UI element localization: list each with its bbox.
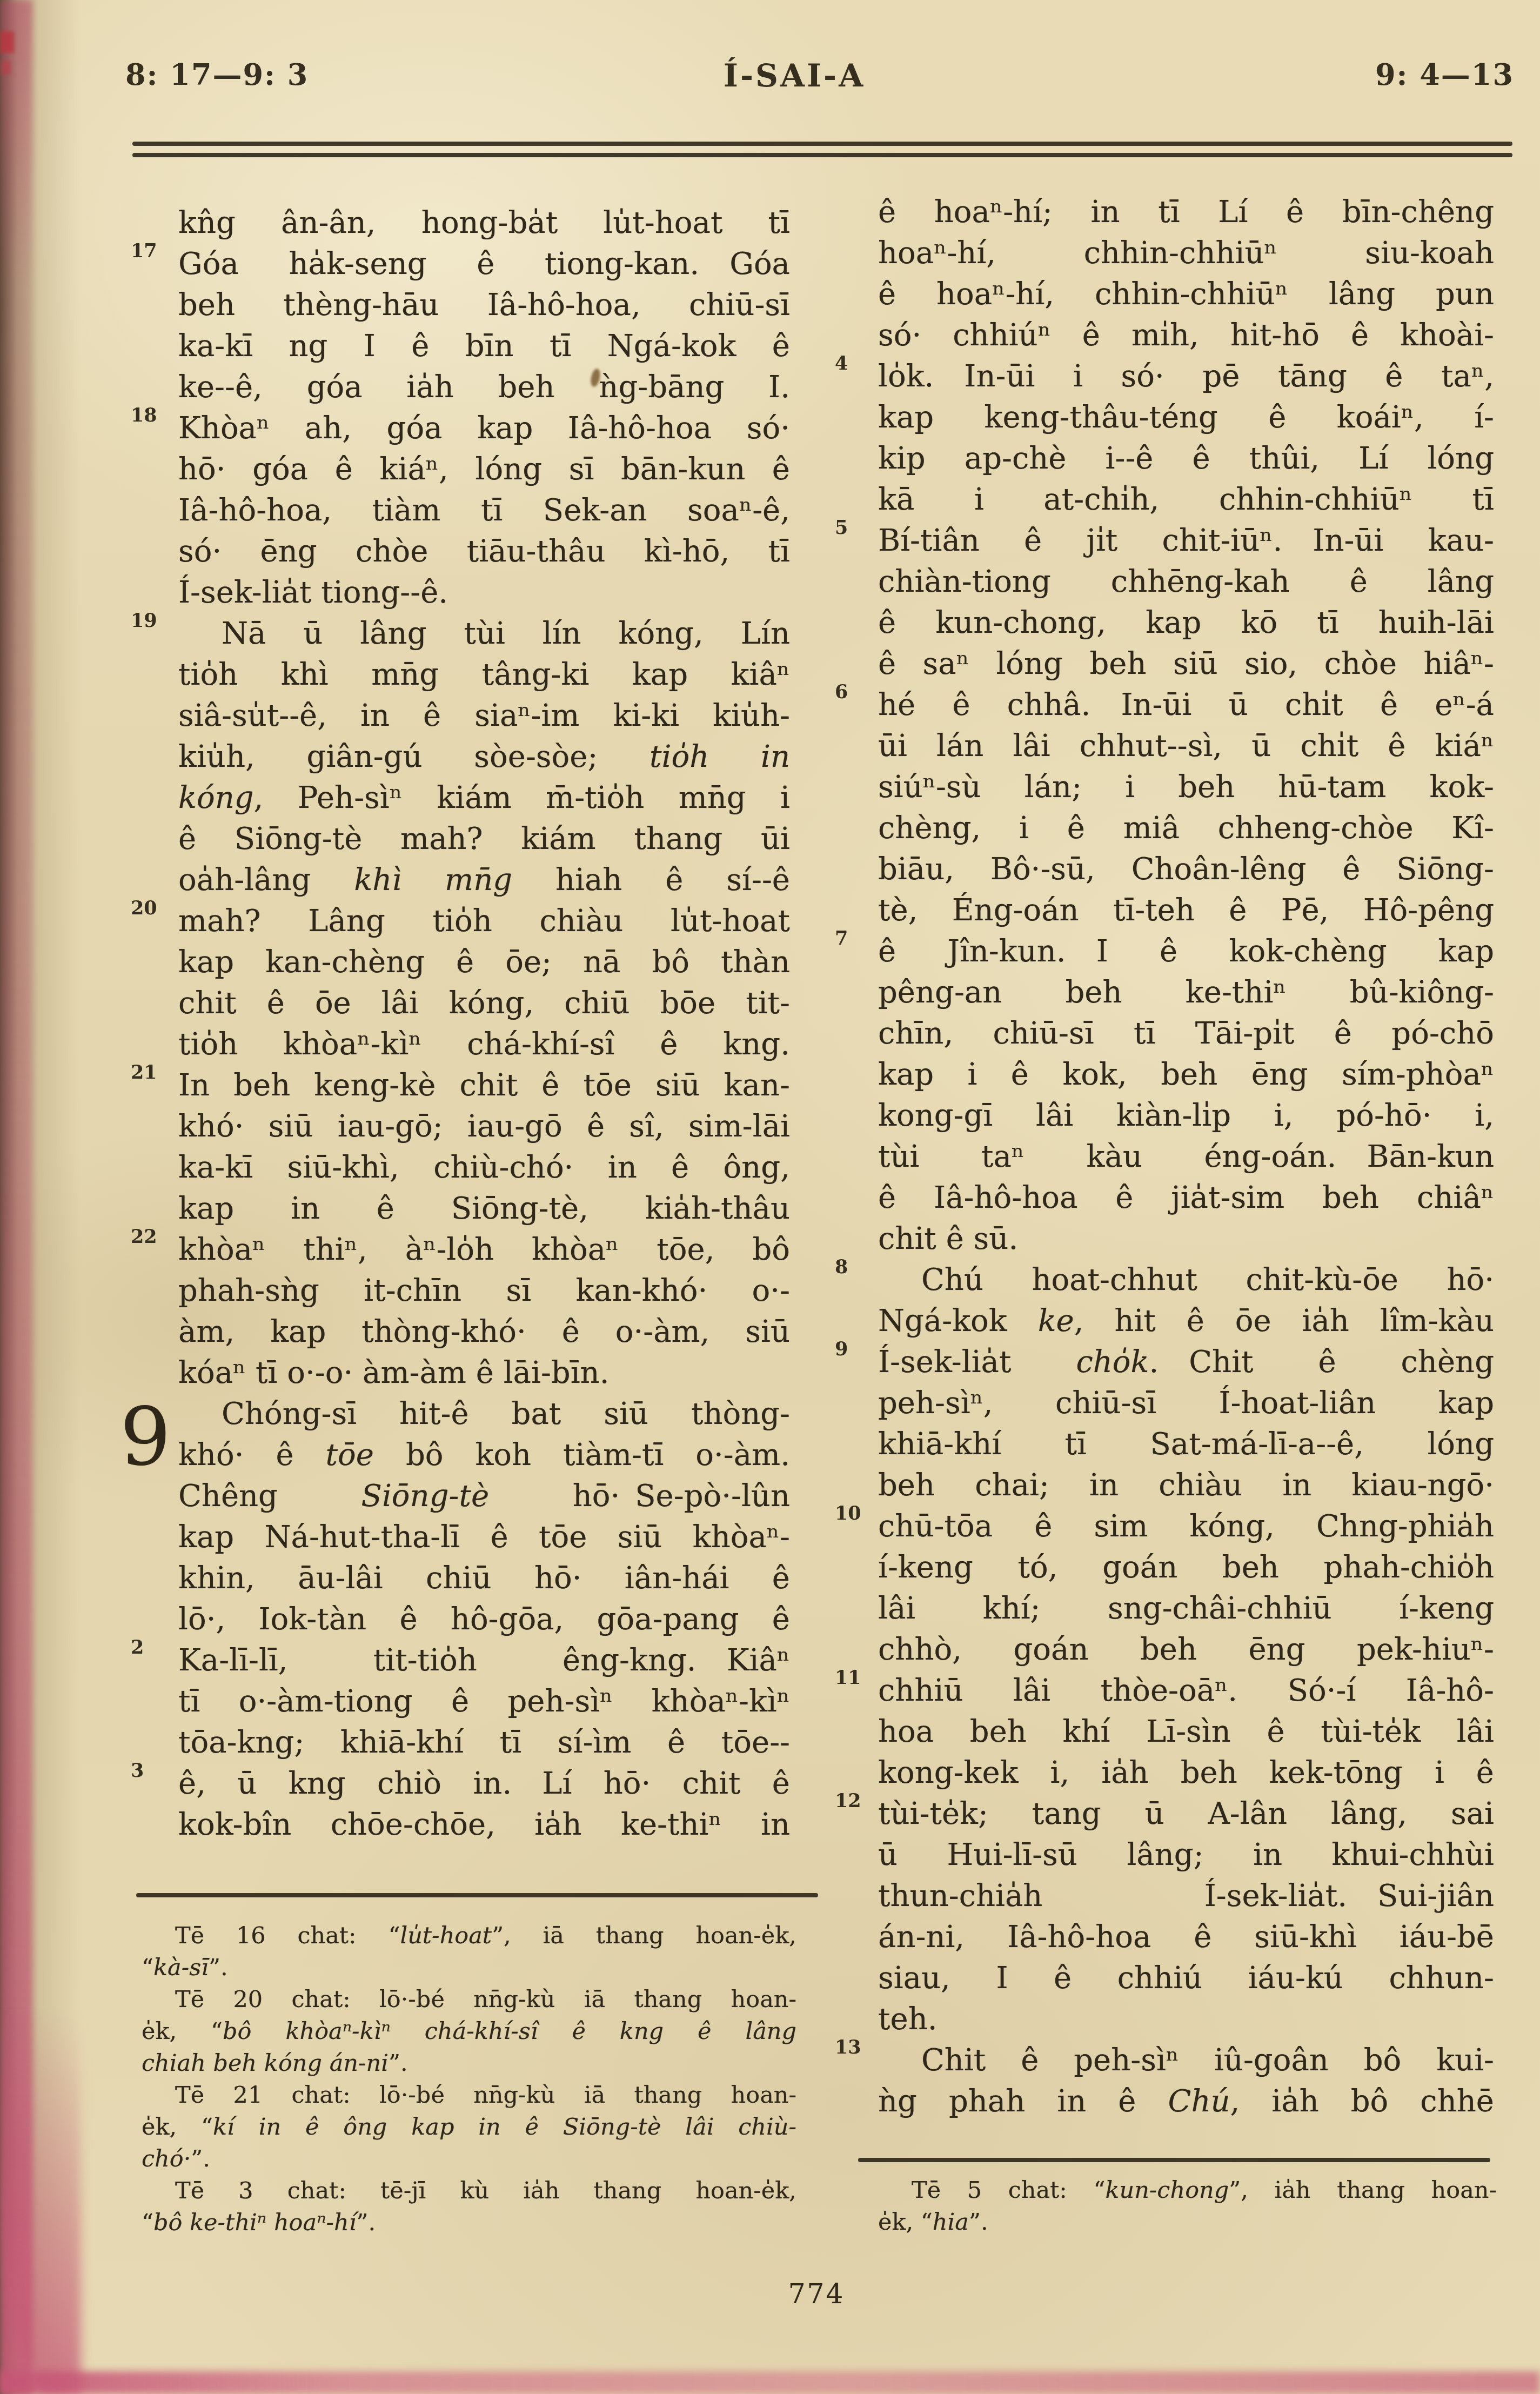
text-line: khó· ê tōe bô koh tiàm-tī o·-àm. <box>178 1435 790 1476</box>
line-text: chiah beh kóng án-ni”. <box>142 2050 408 2077</box>
line-text: ê saⁿ lóng beh siū sio, chòe hiâⁿ- <box>878 646 1494 681</box>
text-line: tōa-kng; khiā-khí tī sí-ìm ê tōe-- <box>178 1722 790 1763</box>
line-text: khó· ê tōe bô koh tiàm-tī o·-àm. <box>178 1437 790 1473</box>
line-text: hō· góa ê kiáⁿ, lóng sī bān-kun ê <box>178 452 790 487</box>
line-text: “bô ke-thiⁿ hoaⁿ-hí”. <box>142 2209 376 2236</box>
line-text: ê Siōng-tè mah? kiám thang ūi <box>178 821 790 857</box>
line-text: hoaⁿ-hí, chhin-chhiūⁿ siu-koah <box>878 236 1494 271</box>
verse-number: 6 <box>835 683 868 701</box>
footnote-line: Tē 3 chat: tē-jī kù ia̍h thang hoan-e̍k, <box>142 2175 796 2207</box>
text-line: kip ap-chè i--ê ê thûi, Lí lóng <box>878 438 1494 479</box>
line-text: ke--ê, góa ia̍h beh ǹg-bāng I. <box>178 370 790 405</box>
line-text: mah? Lâng tio̍h chiàu lu̍t-hoat <box>178 904 790 939</box>
text-line: 17Góa ha̍k-seng ê tiong-kan. Góa <box>178 244 790 285</box>
text-line: kap in ê Siōng-tè, kia̍h-thâu <box>178 1188 790 1229</box>
footnote-line: “bô ke-thiⁿ hoaⁿ-hí”. <box>142 2207 796 2239</box>
verse-number: 11 <box>835 1668 868 1687</box>
text-line: ūi lán lâi chhut--sì, ū chi̍t ê kiáⁿ <box>878 726 1494 767</box>
footnote-line: e̍k, “hia”. <box>878 2206 1497 2238</box>
line-text: Nā ū lâng tùi lín kóng, Lín <box>222 616 790 651</box>
line-text: Chóng-sī hit-ê bat siū thòng- <box>222 1396 790 1432</box>
line-text: chèng, i ê miâ chheng-chòe Kî- <box>878 811 1494 846</box>
line-text: Tē 5 chat: “kun-chong”, ia̍h thang hoan- <box>912 2177 1497 2204</box>
line-text: chhiū lâi thòe-oāⁿ. Só·-í Iâ-hô- <box>878 1673 1494 1708</box>
line-text: àm, kap thòng-khó· ê o·-àm, siū <box>178 1314 790 1349</box>
text-line: ê Siōng-tè mah? kiám thang ūi <box>178 819 790 860</box>
line-text: e̍k, “kí in ê ông kap in ê Siōng-tè lâi … <box>142 2114 796 2141</box>
text-line: siau, I ê chhiú iáu-kú chhun- <box>878 1958 1494 1999</box>
text-line: oa̍h-lâng khì mn̄g hiah ê sí--ê <box>178 860 790 901</box>
text-line: tùi taⁿ kàu éng-oán. Bān-kun <box>878 1136 1494 1178</box>
line-text: lâi khí; sng-châi-chhiū í-keng <box>878 1591 1494 1626</box>
line-text: Ngá-kok ke, hit ê ōe ia̍h lîm-kàu <box>878 1303 1494 1339</box>
text-line: ǹg phah in ê Chú, ia̍h bô chhē <box>878 2081 1494 2122</box>
line-text: kn̂g ân-ân, hong-ba̍t lu̍t-hoat tī <box>178 205 790 240</box>
line-text: siúⁿ-sù lán; i beh hū-tam kok- <box>878 770 1494 805</box>
text-line: Iâ-hô-hoa, tiàm tī Sek-an soaⁿ-ê, <box>178 490 790 531</box>
line-text: oa̍h-lâng khì mn̄g hiah ê sí--ê <box>178 862 790 898</box>
text-line: tio̍h khòaⁿ-kìⁿ chá-khí-sî ê kng. <box>178 1024 790 1065</box>
text-line: ke--ê, góa ia̍h beh ǹg-bāng I. <box>178 367 790 408</box>
right-column-footnotes: Tē 5 chat: “kun-chong”, ia̍h thang hoan-… <box>878 2175 1497 2238</box>
text-line: beh thèng-hāu Iâ-hô-hoa, chiū-sī <box>178 285 790 326</box>
text-line: kā i at-chi̍h, chhin-chhiūⁿ tī <box>878 479 1494 520</box>
text-line: kok-bîn chōe-chōe, ia̍h ke-thiⁿ in <box>178 1804 790 1845</box>
text-line: 8Chú hoat-chhut chit-kù-ōe hō· <box>878 1260 1494 1301</box>
text-line: ka-kī ng I ê bīn tī Ngá-kok ê <box>178 326 790 367</box>
line-text: hé ê chhâ. In-ūi ū chi̍t ê eⁿ-á <box>878 687 1494 723</box>
text-line: chiàn-tiong chhēng-kah ê lâng <box>878 561 1494 603</box>
text-line: kn̂g ân-ân, hong-ba̍t lu̍t-hoat tī <box>178 203 790 244</box>
book-page-scan: 8: 17—9: 3 Í-SAI-A 9: 4—13 kn̂g ân-ân, h… <box>0 0 1540 2394</box>
verse-number: 10 <box>835 1504 868 1523</box>
line-text: e̍k, “hia”. <box>878 2209 988 2236</box>
header-double-rule <box>132 142 1512 157</box>
line-text: Bí-tiân ê ji̍t chit-iūⁿ. In-ūi kau- <box>878 523 1494 558</box>
line-text: tio̍h khì mn̄g tâng-ki kap kiâⁿ <box>178 657 790 692</box>
line-text: ê hoaⁿ-hí; in tī Lí ê bīn-chêng <box>878 195 1494 230</box>
line-text: lō·, Iok-tàn ê hô-gōa, gōa-pang ê <box>178 1602 790 1637</box>
line-text: biāu, Bô·-sū, Choân-lêng ê Siōng- <box>878 852 1494 887</box>
page-number: 774 <box>788 2278 845 2310</box>
line-text: kóaⁿ tī o·-o· àm-àm ê lāi-bīn. <box>178 1355 609 1390</box>
line-text: ka-kī siū-khì, chiù-chó· in ê ông, <box>178 1150 790 1185</box>
line-text: siau, I ê chhiú iáu-kú chhun- <box>878 1961 1494 1996</box>
line-text: khiā-khí tī Sat-má-lī-a--ê, lóng <box>878 1427 1494 1462</box>
line-text: tùi taⁿ kàu éng-oán. Bān-kun <box>878 1139 1494 1174</box>
line-text: kiu̍h, giân-gú sòe-sòe; tio̍h in <box>178 739 790 774</box>
line-text: “kà-sī”. <box>142 1954 228 1981</box>
line-text: tōa-kng; khiā-khí tī sí-ìm ê tōe-- <box>178 1725 790 1760</box>
text-line: 6hé ê chhâ. In-ūi ū chi̍t ê eⁿ-á <box>878 685 1494 726</box>
text-line: khin, āu-lâi chiū hō· iân-hái ê <box>178 1558 790 1599</box>
line-text: Tē 21 chat: lō·-bé nn̄g-kù iā thang hoan… <box>175 2082 796 2109</box>
verse-number: 17 <box>131 242 170 260</box>
line-text: In beh keng-kè chit ê tōe siū kan- <box>178 1068 790 1103</box>
line-text: tio̍h khòaⁿ-kìⁿ chá-khí-sî ê kng. <box>178 1027 790 1062</box>
text-line: ê Iâ-hô-hoa ê jia̍t-sim beh chiâⁿ <box>878 1178 1494 1219</box>
text-line: chit ê ōe lâi kóng, chiū bōe tit- <box>178 983 790 1024</box>
text-line: Í-sek-lia̍t tiong--ê. <box>178 572 790 613</box>
text-line: 18Khòaⁿ ah, góa kap Iâ-hô-hoa só· <box>178 408 790 449</box>
line-text: hoa beh khí Lī-sìn ê tùi-te̍k lâi <box>878 1714 1494 1749</box>
text-line: tī o·-àm-tiong ê peh-sìⁿ khòaⁿ-kìⁿ <box>178 1681 790 1722</box>
line-text: peh-sìⁿ, chiū-sī Í-hoat-liân kap <box>878 1386 1494 1421</box>
footnote-line: Tē 21 chat: lō·-bé nn̄g-kù iā thang hoan… <box>142 2079 796 2111</box>
line-text: chit ê sū. <box>878 1221 1018 1256</box>
footnote-line: Tē 20 chat: lō·-bé nn̄g-kù iā thang hoan… <box>142 1984 796 2016</box>
text-line: ê hoaⁿ-hí, chhin-chhiūⁿ lâng pun <box>878 274 1494 315</box>
verse-number: 8 <box>835 1258 868 1276</box>
text-line: 12tùi-te̍k; tang ū A-lân lâng, sai <box>878 1794 1494 1835</box>
line-text: chó·”. <box>142 2145 210 2172</box>
text-line: kóaⁿ tī o·-o· àm-àm ê lāi-bīn. <box>178 1353 790 1394</box>
line-text: chiàn-tiong chhēng-kah ê lâng <box>878 564 1494 599</box>
line-text: kap i ê kok, beh ēng sím-phòaⁿ <box>878 1057 1494 1092</box>
footnote-line: e̍k, “kí in ê ông kap in ê Siōng-tè lâi … <box>142 2111 796 2143</box>
text-line: 3ê, ū kng chiò in. Lí hō· chit ê <box>178 1763 790 1804</box>
text-line: thun-chia̍h Í-sek-lia̍t. Sui-jiân <box>878 1876 1494 1917</box>
right-footnote-rule <box>858 2158 1490 2162</box>
verse-number: 19 <box>131 611 170 630</box>
line-text: kap Ná-hut-tha-lī ê tōe siū khòaⁿ- <box>178 1520 790 1555</box>
verse-number: 13 <box>835 2038 868 2057</box>
footnote-line: Tē 5 chat: “kun-chong”, ia̍h thang hoan- <box>878 2175 1497 2206</box>
line-text: Chú hoat-chhut chit-kù-ōe hō· <box>921 1262 1494 1298</box>
left-column-text: kn̂g ân-ân, hong-ba̍t lu̍t-hoat tī17Góa … <box>178 203 790 1845</box>
text-line: chit ê sū. <box>878 1219 1494 1260</box>
line-text: beh thèng-hāu Iâ-hô-hoa, chiū-sī <box>178 287 790 323</box>
text-line: kap Ná-hut-tha-lī ê tōe siū khòaⁿ- <box>178 1517 790 1558</box>
line-text: kap keng-thâu-téng ê koáiⁿ, í- <box>878 400 1494 435</box>
line-text: kok-bîn chōe-chōe, ia̍h ke-thiⁿ in <box>178 1807 790 1842</box>
text-line: 4lo̍k. In-ūi i só· pē tāng ê taⁿ, <box>878 356 1494 397</box>
footnote-line: “kà-sī”. <box>142 1952 796 1984</box>
line-text: e̍k, “bô khòaⁿ-kìⁿ chá-khí-sî ê kng ê lâ… <box>142 2018 796 2045</box>
line-text: Khòaⁿ ah, góa kap Iâ-hô-hoa só· <box>178 411 790 446</box>
text-line: 19Nā ū lâng tùi lín kóng, Lín <box>178 613 790 654</box>
line-text: Í-sek-lia̍t cho̍k. Chit ê chèng <box>878 1345 1494 1380</box>
text-line: kap keng-thâu-téng ê koáiⁿ, í- <box>878 397 1494 438</box>
line-text: khòaⁿ thiⁿ, àⁿ-lo̍h khòaⁿ tōe, bô <box>178 1232 790 1267</box>
text-line: 11chhiū lâi thòe-oāⁿ. Só·-í Iâ-hô- <box>878 1670 1494 1711</box>
line-text: tè, Éng-oán tī-teh ê Pē, Hô-pêng <box>878 893 1494 928</box>
text-line: siâ-su̍t--ê, in ê siaⁿ-im ki-ki kiu̍h- <box>178 696 790 737</box>
line-text: Ka-lī-lī, tit-tio̍h êng-kng. Kiâⁿ <box>178 1643 790 1678</box>
line-text: chīn, chiū-sī tī Tāi-pi̍t ê pó-chō <box>878 1016 1494 1051</box>
line-text: ka-kī ng I ê bīn tī Ngá-kok ê <box>178 329 790 364</box>
line-text: Í-sek-lia̍t tiong--ê. <box>178 575 448 610</box>
text-line: 20mah? Lâng tio̍h chiàu lu̍t-hoat <box>178 901 790 942</box>
text-line: tè, Éng-oán tī-teh ê Pē, Hô-pêng <box>878 890 1494 931</box>
line-text: Tē 20 chat: lō·-bé nn̄g-kù iā thang hoan… <box>175 1986 796 2013</box>
line-text: beh chai; in chiàu in kiau-ngō· <box>878 1468 1494 1503</box>
line-text: ê hoaⁿ-hí, chhin-chhiūⁿ lâng pun <box>878 277 1494 312</box>
verse-number: 2 <box>131 1638 170 1657</box>
line-text: phah-sǹg it-chīn sī kan-khó· o·- <box>178 1273 790 1308</box>
line-text: kong-kek i, ia̍h beh kek-tōng i ê <box>878 1755 1494 1790</box>
line-text: lo̍k. In-ūi i só· pē tāng ê taⁿ, <box>878 359 1494 394</box>
line-text: ê Iâ-hô-hoa ê jia̍t-sim beh chiâⁿ <box>878 1180 1494 1215</box>
line-text: Tē 16 chat: “lu̍t-hoat”, iā thang hoan-e… <box>175 1922 796 1949</box>
text-line: 22khòaⁿ thiⁿ, àⁿ-lo̍h khòaⁿ tōe, bô <box>178 1229 790 1270</box>
line-text: í-keng tó, goán beh phah-chio̍h <box>878 1550 1494 1585</box>
text-line: khó· siū iau-gō; iau-gō ê sî, sim-lāi <box>178 1106 790 1147</box>
text-line: 5Bí-tiân ê ji̍t chit-iūⁿ. In-ūi kau- <box>878 520 1494 561</box>
left-footnote-rule <box>136 1893 818 1897</box>
line-text: khó· siū iau-gō; iau-gō ê sî, sim-lāi <box>178 1109 790 1144</box>
footnote-line: chó·”. <box>142 2143 796 2175</box>
text-line: Chêng Siōng-tè hō· Se-pò·-lûn <box>178 1476 790 1517</box>
text-line: 21In beh keng-kè chit ê tōe siū kan- <box>178 1065 790 1106</box>
chapter-number: 9 <box>120 1397 170 1477</box>
line-text: kong-gī lâi kiàn-li̍p i, pó-hō· i, <box>878 1098 1494 1133</box>
line-text: ūi lán lâi chhut--sì, ū chi̍t ê kiáⁿ <box>878 728 1494 764</box>
verse-number: 22 <box>131 1227 170 1246</box>
running-head-title: Í-SAI-A <box>724 57 865 94</box>
line-text: tùi-te̍k; tang ū A-lân lâng, sai <box>878 1796 1494 1831</box>
text-line: ê hoaⁿ-hí; in tī Lí ê bīn-chêng <box>878 192 1494 233</box>
text-line: 2Ka-lī-lī, tit-tio̍h êng-kng. Kiâⁿ <box>178 1640 790 1681</box>
text-line: biāu, Bô·-sū, Choân-lêng ê Siōng- <box>878 849 1494 890</box>
text-line: kap kan-chèng ê ōe; nā bô thàn <box>178 942 790 983</box>
text-line: hoa beh khí Lī-sìn ê tùi-te̍k lâi <box>878 1711 1494 1753</box>
line-text: só· chhiúⁿ ê mi̍h, hit-hō ê khoài- <box>878 318 1494 353</box>
line-text: ū Hui-lī-sū lâng; in khui-chhùi <box>878 1837 1494 1873</box>
line-text: só· ēng chòe tiāu-thâu kì-hō, tī <box>178 534 790 569</box>
rule-line <box>858 2158 1490 2162</box>
text-line: kap i ê kok, beh ēng sím-phòaⁿ <box>878 1054 1494 1095</box>
verse-number: 9 <box>835 1340 868 1359</box>
line-text: kap kan-chèng ê ōe; nā bô thàn <box>178 945 790 980</box>
text-line: 9Chóng-sī hit-ê bat siū thòng- <box>178 1394 790 1435</box>
text-line: teh. <box>878 1999 1494 2040</box>
right-column-text: ê hoaⁿ-hí; in tī Lí ê bīn-chênghoaⁿ-hí, … <box>878 192 1494 2122</box>
text-line: ê saⁿ lóng beh siū sio, chòe hiâⁿ- <box>878 644 1494 685</box>
line-text: ǹg phah in ê Chú, ia̍h bô chhē <box>878 2084 1494 2119</box>
line-text: kap in ê Siōng-tè, kia̍h-thâu <box>178 1191 790 1226</box>
text-line: hoaⁿ-hí, chhin-chhiūⁿ siu-koah <box>878 233 1494 274</box>
text-line: í-keng tó, goán beh phah-chio̍h <box>878 1547 1494 1588</box>
line-text: kā i at-chi̍h, chhin-chhiūⁿ tī <box>878 482 1494 517</box>
line-text: kóng, Peh-sìⁿ kiám m̄-tio̍h mn̄g i <box>178 780 790 815</box>
rule-line <box>132 142 1512 146</box>
line-text: Iâ-hô-hoa, tiàm tī Sek-an soaⁿ-ê, <box>178 493 790 528</box>
text-line: chèng, i ê miâ chheng-chòe Kî- <box>878 808 1494 849</box>
verse-number: 20 <box>131 899 170 918</box>
line-text: chū-tōa ê sim kóng, Chng-phia̍h <box>878 1509 1494 1544</box>
line-text: thun-chia̍h Í-sek-lia̍t. Sui-jiân <box>878 1878 1494 1914</box>
text-line: chhò, goán beh ēng pek-hiuⁿ- <box>878 1629 1494 1670</box>
line-text: Tē 3 chat: tē-jī kù ia̍h thang hoan-e̍k, <box>175 2177 796 2204</box>
left-column-footnotes: Tē 16 chat: “lu̍t-hoat”, iā thang hoan-e… <box>142 1920 796 2239</box>
page-edge-dye-bottom <box>0 2371 1540 2394</box>
text-line: chīn, chiū-sī tī Tāi-pi̍t ê pó-chō <box>878 1013 1494 1054</box>
text-line: beh chai; in chiàu in kiau-ngō· <box>878 1465 1494 1506</box>
text-line: Ngá-kok ke, hit ê ōe ia̍h lîm-kàu <box>878 1301 1494 1342</box>
text-line: tio̍h khì mn̄g tâng-ki kap kiâⁿ <box>178 654 790 696</box>
text-line: ka-kī siū-khì, chiù-chó· in ê ông, <box>178 1147 790 1188</box>
text-line: ê kun-chong, kap kō tī huih-lāi <box>878 603 1494 644</box>
line-text: ê kun-chong, kap kō tī huih-lāi <box>878 605 1494 640</box>
verse-number: 18 <box>131 406 170 425</box>
line-text: án-ni, Iâ-hô-hoa ê siū-khì iáu-bē <box>878 1920 1494 1955</box>
text-line: kong-kek i, ia̍h beh kek-tōng i ê <box>878 1753 1494 1794</box>
line-text: Góa ha̍k-seng ê tiong-kan. Góa <box>178 246 790 282</box>
text-line: ū Hui-lī-sū lâng; in khui-chhùi <box>878 1835 1494 1876</box>
text-line: siúⁿ-sù lán; i beh hū-tam kok- <box>878 767 1494 808</box>
text-line: khiā-khí tī Sat-má-lī-a--ê, lóng <box>878 1424 1494 1465</box>
verse-number: 3 <box>131 1761 170 1780</box>
text-line: án-ni, Iâ-hô-hoa ê siū-khì iáu-bē <box>878 1917 1494 1958</box>
line-text: teh. <box>878 2002 938 2037</box>
line-text: ê, ū kng chiò in. Lí hō· chit ê <box>178 1766 790 1801</box>
text-line: 13Chit ê peh-sìⁿ iû-goân bô kui- <box>878 2040 1494 2081</box>
text-line: kong-gī lâi kiàn-li̍p i, pó-hō· i, <box>878 1095 1494 1136</box>
text-line: lâi khí; sng-châi-chhiū í-keng <box>878 1588 1494 1629</box>
line-text: khin, āu-lâi chiū hō· iân-hái ê <box>178 1561 790 1596</box>
text-line: lō·, Iok-tàn ê hô-gōa, gōa-pang ê <box>178 1599 790 1640</box>
text-line: 7ê Jîn-kun. I ê kok-chèng kap <box>878 931 1494 972</box>
line-text: chhò, goán beh ēng pek-hiuⁿ- <box>878 1632 1494 1667</box>
text-line: phah-sǹg it-chīn sī kan-khó· o·- <box>178 1270 790 1312</box>
verse-number: 7 <box>835 929 868 948</box>
line-text: ê Jîn-kun. I ê kok-chèng kap <box>878 934 1494 969</box>
verse-number: 12 <box>835 1791 868 1810</box>
verse-number: 21 <box>131 1063 170 1082</box>
verse-number: 4 <box>835 354 868 373</box>
text-line: kiu̍h, giân-gú sòe-sòe; tio̍h in <box>178 737 790 778</box>
text-line: àm, kap thòng-khó· ê o·-àm, siū <box>178 1312 790 1353</box>
line-text: chit ê ōe lâi kóng, chiū bōe tit- <box>178 986 790 1021</box>
text-line: peh-sìⁿ, chiū-sī Í-hoat-liân kap <box>878 1383 1494 1424</box>
rule-line <box>136 1893 818 1897</box>
text-line: hō· góa ê kiáⁿ, lóng sī bān-kun ê <box>178 449 790 490</box>
text-line: 10chū-tōa ê sim kóng, Chng-phia̍h <box>878 1506 1494 1547</box>
rule-line <box>132 153 1512 157</box>
line-text: Chit ê peh-sìⁿ iû-goân bô kui- <box>921 2043 1494 2078</box>
line-text: siâ-su̍t--ê, in ê siaⁿ-im ki-ki kiu̍h- <box>178 698 790 733</box>
line-text: Chêng Siōng-tè hō· Se-pò·-lûn <box>178 1479 790 1514</box>
footnote-line: chiah beh kóng án-ni”. <box>142 2048 796 2079</box>
text-line: só· ēng chòe tiāu-thâu kì-hō, tī <box>178 531 790 572</box>
red-edge-mark <box>1 61 11 75</box>
line-text: tī o·-àm-tiong ê peh-sìⁿ khòaⁿ-kìⁿ <box>178 1684 790 1719</box>
red-edge-mark <box>0 31 14 53</box>
verse-number: 5 <box>835 518 868 537</box>
line-text: pêng-an beh ke-thiⁿ bû-kiông- <box>878 975 1494 1010</box>
footnote-line: Tē 16 chat: “lu̍t-hoat”, iā thang hoan-e… <box>142 1920 796 1952</box>
running-head-left-ref: 8: 17—9: 3 <box>125 57 309 92</box>
text-line: pêng-an beh ke-thiⁿ bû-kiông- <box>878 972 1494 1013</box>
text-line: só· chhiúⁿ ê mi̍h, hit-hō ê khoài- <box>878 315 1494 356</box>
text-line: kóng, Peh-sìⁿ kiám m̄-tio̍h mn̄g i <box>178 778 790 819</box>
line-text: kip ap-chè i--ê ê thûi, Lí lóng <box>878 441 1494 476</box>
text-line: 9Í-sek-lia̍t cho̍k. Chit ê chèng <box>878 1342 1494 1383</box>
running-head-right-ref: 9: 4—13 <box>1362 57 1514 92</box>
footnote-line: e̍k, “bô khòaⁿ-kìⁿ chá-khí-sî ê kng ê lâ… <box>142 2016 796 2048</box>
